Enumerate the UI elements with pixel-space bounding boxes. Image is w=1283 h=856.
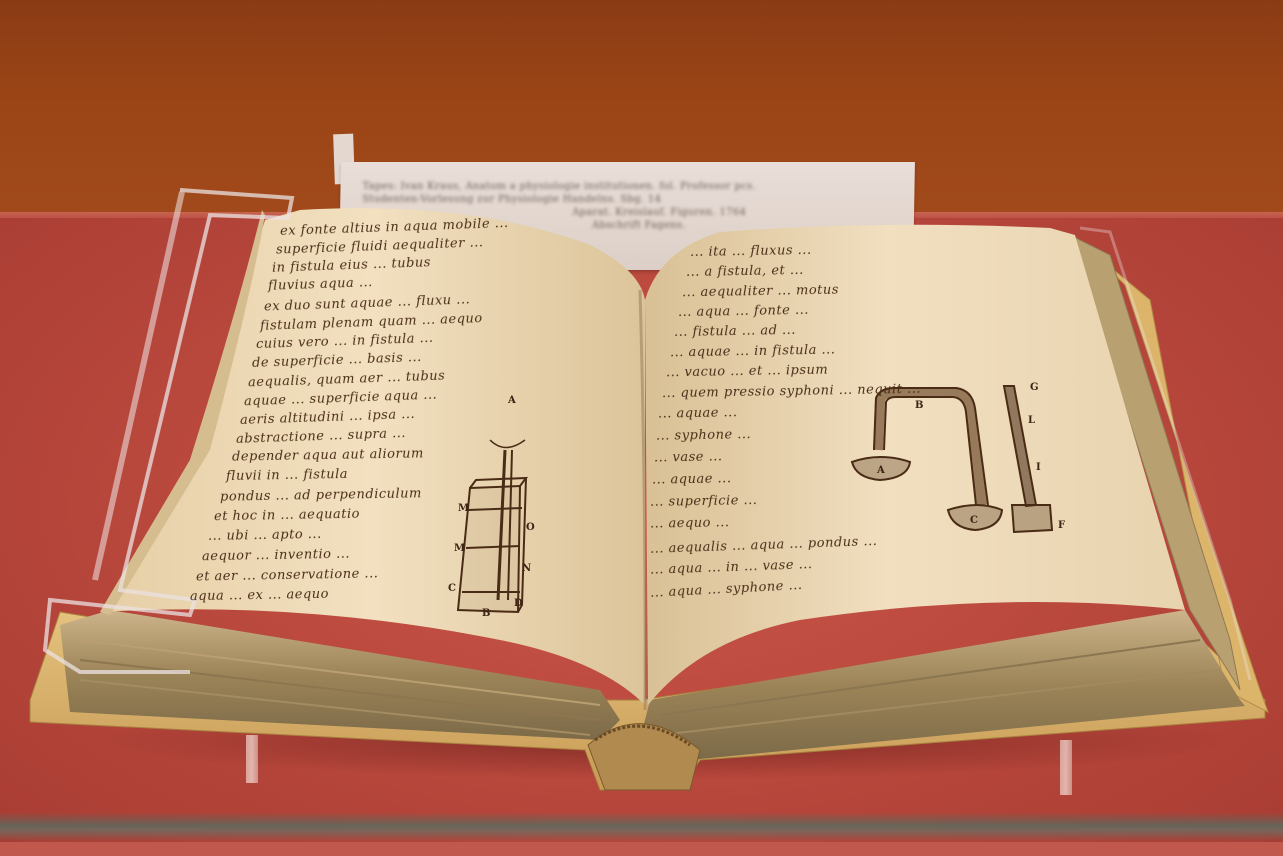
left-page-line: fluvii in ... fistula [226, 465, 348, 486]
diagram-label: B [915, 400, 923, 411]
diagram-label: A [508, 395, 516, 406]
left-page-line: aqua ... ex ... aequo [190, 585, 329, 606]
right-page-line: ... superficie ... [650, 491, 758, 512]
right-page-line: ... aquae ... [658, 403, 738, 423]
diagram-label: I [1036, 462, 1041, 473]
right-page-line: ... aequo ... [650, 513, 730, 533]
diagram-label: L [1028, 415, 1035, 426]
diagram-label: G [1030, 382, 1039, 393]
right-page-line: ... ita ... fluxus ... [690, 241, 812, 262]
left-page-line: ... ubi ... apto ... [208, 525, 322, 546]
open-manuscript-book [0, 0, 1283, 856]
diagram-label: M [454, 543, 465, 554]
display-case-glass-reflection [0, 812, 1283, 842]
diagram-label: N [522, 563, 531, 574]
diagram-label: C [970, 515, 978, 526]
right-page-line: ... aequaliter ... motus [682, 281, 839, 303]
diagram-label: B [482, 608, 490, 619]
right-page-line: ... aqua ... fonte ... [678, 301, 809, 322]
diagram-label: O [526, 522, 535, 533]
left-page-line: depender aqua aut aliorum [232, 444, 424, 466]
diagram-label: M [458, 503, 469, 514]
right-page-line: ... aquae ... [652, 469, 732, 489]
left-page-line: aequor ... inventio ... [202, 545, 350, 567]
diagram-label: A [877, 465, 885, 476]
diagram-label: D [514, 598, 523, 609]
right-page-line: ... a fistula, et ... [686, 261, 804, 282]
left-page-line: fluvius aqua ... [268, 273, 373, 296]
left-page-line: et hoc in ... aequatio [214, 505, 360, 527]
diagram-label: C [448, 583, 456, 594]
display-case-bottom-edge [0, 842, 1283, 856]
diagram-label: F [1058, 520, 1065, 531]
left-page-line: et aer ... conservatione ... [196, 564, 379, 586]
right-page-line: ... vacuo ... et ... ipsum [666, 361, 829, 383]
right-page-line: ... fistula ... ad ... [674, 321, 796, 342]
right-page-line: ... aquae ... in fistula ... [670, 341, 836, 363]
left-page-line: pondus ... ad perpendiculum [220, 484, 422, 507]
right-page-line: ... syphone ... [656, 425, 751, 446]
right-page-line: ... vase ... [654, 447, 723, 467]
